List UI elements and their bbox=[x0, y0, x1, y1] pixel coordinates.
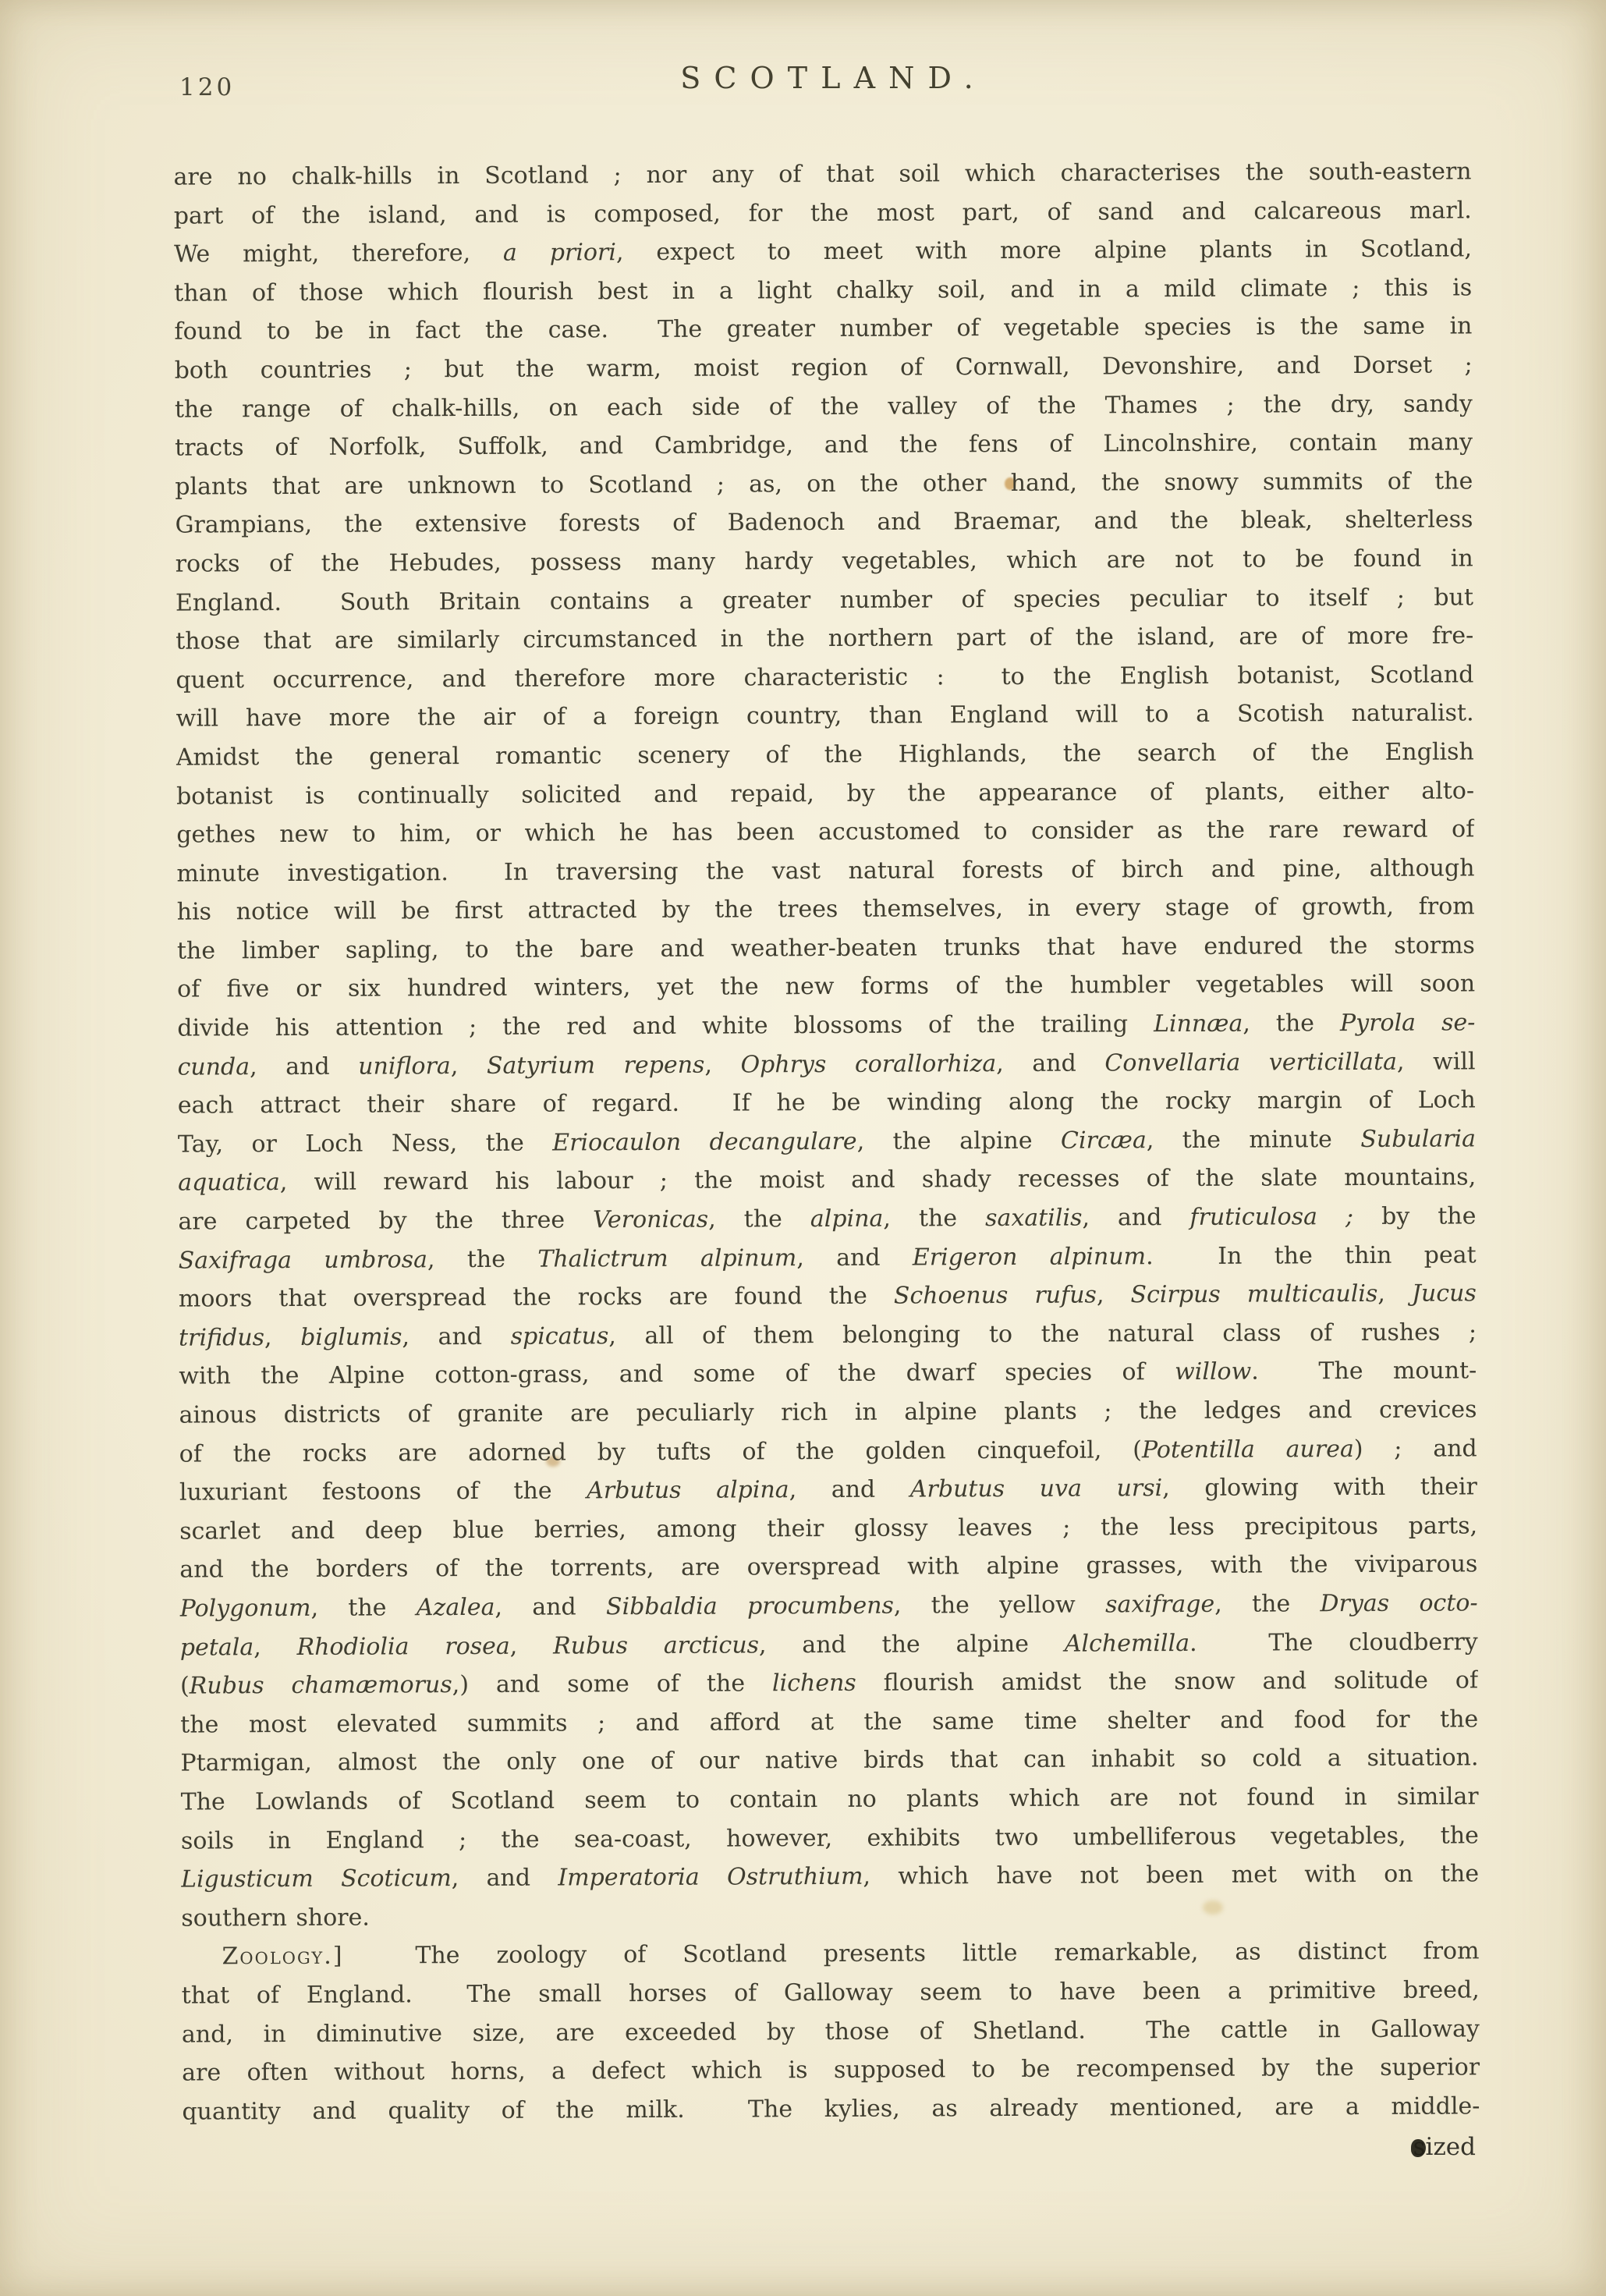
text-line: and, in diminutive size, are exceeded by… bbox=[182, 2010, 1480, 2054]
text-line: cunda, and uniflora, Satyrium repens, Op… bbox=[177, 1042, 1475, 1087]
text-line: both countries ; but the warm, moist reg… bbox=[175, 346, 1473, 390]
text-line: divide his attention ; the red and white… bbox=[177, 1003, 1475, 1048]
text-line: Tay, or Loch Ness, the Eriocaulon decang… bbox=[178, 1120, 1476, 1164]
text-line: quent occurrence, and therefore more cha… bbox=[175, 655, 1473, 700]
text-line: those that are similarly circumstanced i… bbox=[175, 617, 1473, 662]
text-line: Ptarmigan, almost the only one of our na… bbox=[180, 1739, 1478, 1783]
text-line: scarlet and deep blue berries, among the… bbox=[179, 1506, 1477, 1551]
text-line: the most elevated summits ; and afford a… bbox=[180, 1700, 1478, 1744]
text-line: Amidst the general romantic scenery of t… bbox=[176, 733, 1474, 777]
text-line: each attract their share of regard. If h… bbox=[178, 1081, 1476, 1126]
text-line: Polygonum, the Azalea, and Sibbaldia pro… bbox=[179, 1584, 1477, 1628]
text-line: will have more the air of a foreign coun… bbox=[176, 694, 1474, 739]
text-line: than of those which flourish best in a l… bbox=[174, 268, 1472, 313]
text-line: of the rocks are adorned by tufts of the… bbox=[179, 1429, 1477, 1474]
text-line: found to be in fact the case. The greate… bbox=[174, 307, 1472, 352]
running-title: SCOTLAND. bbox=[178, 61, 1476, 95]
text-line: botanist is continually solicited and re… bbox=[176, 772, 1474, 816]
text-line: are often without horns, a defect which … bbox=[182, 2048, 1480, 2092]
text-line: part of the island, and is composed, for… bbox=[174, 191, 1472, 236]
text-line: are carpeted by the three Veronicas, the… bbox=[178, 1197, 1476, 1241]
book-page: 120 SCOTLAND. are no chalk-hills in Scot… bbox=[0, 0, 1606, 2296]
text-line: (Rubus chamæmorus,) and some of the lich… bbox=[180, 1662, 1478, 1706]
text-line: the range of chalk-hills, on each side o… bbox=[175, 385, 1473, 429]
page-header: 120 SCOTLAND. bbox=[178, 61, 1476, 108]
text-line: ainous districts of granite are peculiar… bbox=[179, 1390, 1477, 1435]
text-line: with the Alpine cotton-grass, and some o… bbox=[179, 1352, 1477, 1396]
text-block: are no chalk-hills in Scotland ; nor any… bbox=[173, 152, 1480, 2131]
text-line: rocks of the Hebudes, possess many hardy… bbox=[175, 539, 1473, 584]
text-line: aquatica, will reward his labour ; the m… bbox=[178, 1159, 1476, 1203]
text-line: gethes new to him, or which he has been … bbox=[176, 810, 1474, 854]
text-line: Ligusticum Scoticum, and Imperatoria Ost… bbox=[181, 1854, 1479, 1899]
text-line: the limber sapling, to the bare and weat… bbox=[177, 926, 1475, 971]
ink-blot bbox=[1411, 2139, 1426, 2157]
text-line: luxuriant festoons of the Arbutus alpina… bbox=[179, 1468, 1477, 1513]
text-line: are no chalk-hills in Scotland ; nor any… bbox=[173, 152, 1471, 197]
text-line: tracts of Norfolk, Suffolk, and Cambridg… bbox=[175, 424, 1473, 468]
text-line: Saxifraga umbrosa, the Thalictrum alpinu… bbox=[179, 1236, 1477, 1280]
text-line: and the borders of the torrents, are ove… bbox=[179, 1545, 1477, 1590]
text-line: Grampians, the extensive forests of Bade… bbox=[175, 501, 1473, 545]
text-line: quantity and quality of the milk. The ky… bbox=[182, 2087, 1480, 2131]
text-line: soils in England ; the sea-coast, howeve… bbox=[181, 1816, 1479, 1861]
text-line: petala, Rhodiolia rosea, Rubus arcticus,… bbox=[180, 1623, 1478, 1667]
text-line: plants that are unknown to Scotland ; as… bbox=[175, 462, 1473, 506]
text-line: his notice will be first attracted by th… bbox=[177, 888, 1475, 932]
text-line: The Lowlands of Scotland seem to contain… bbox=[181, 1777, 1479, 1822]
text-line: southern shore. bbox=[181, 1893, 1479, 1938]
text-line: minute investigation. In traversing the … bbox=[176, 849, 1474, 893]
text-line: that of England. The small horses of Gal… bbox=[182, 1971, 1480, 2015]
text-line: trifidus, biglumis, and spicatus, all of… bbox=[179, 1313, 1477, 1357]
text-line: England. South Britain contains a greate… bbox=[175, 578, 1473, 623]
text-line: We might, therefore, a priori, expect to… bbox=[174, 230, 1472, 275]
text-line: Zoology.] The zoology of Scotland presen… bbox=[181, 1932, 1479, 1977]
text-line: moors that overspread the rocks are foun… bbox=[179, 1275, 1477, 1319]
catchword-row: sized bbox=[178, 2133, 1476, 2161]
text-line: of five or six hundred winters, yet the … bbox=[177, 965, 1475, 1010]
